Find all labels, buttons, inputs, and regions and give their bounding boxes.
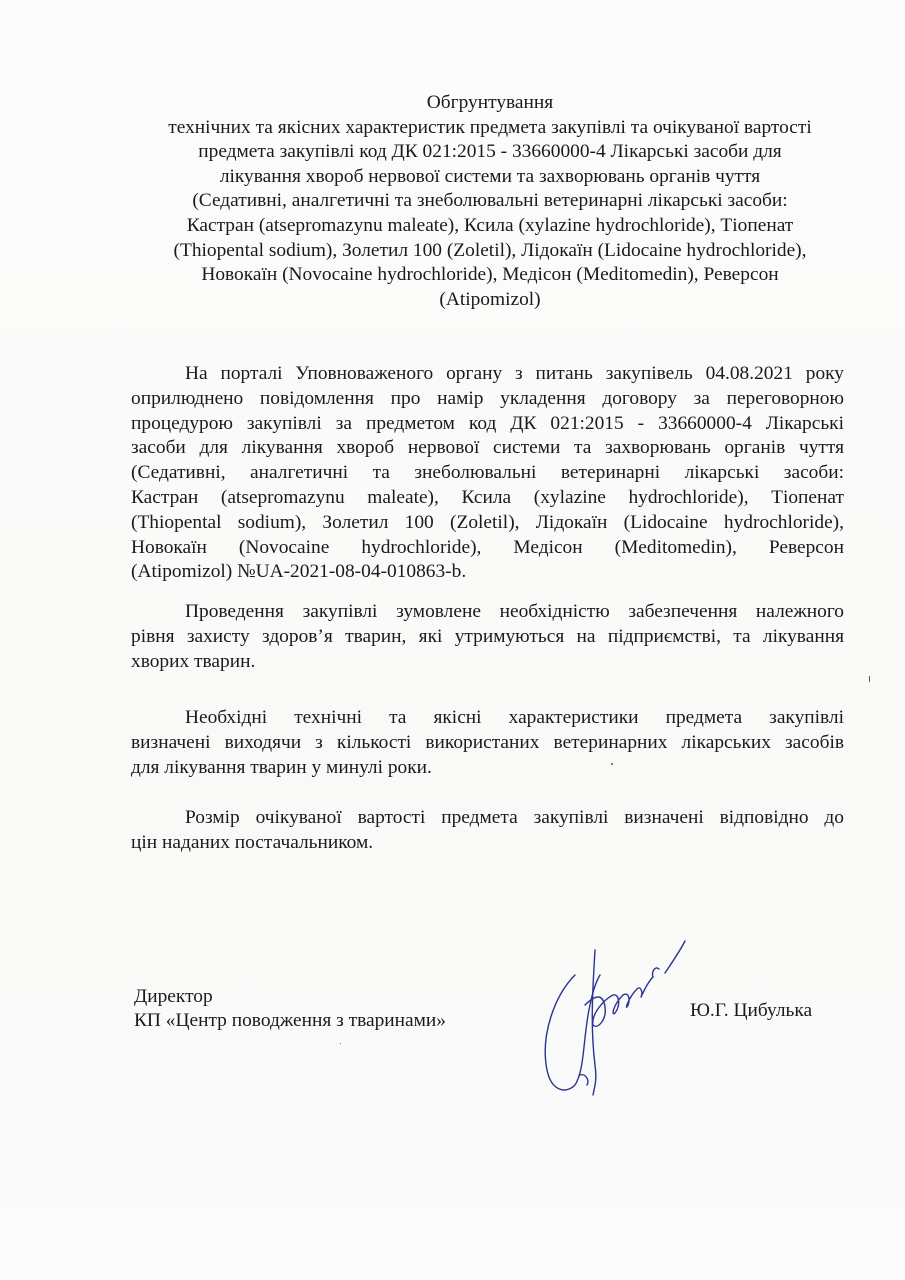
title-line: (Седативні, аналгетичні та знеболювальні… — [110, 189, 870, 214]
title-line: (Atipomizol) — [110, 288, 870, 313]
handwritten-signature — [535, 935, 695, 1100]
document-title: Обгрунтування технічних та якісних харак… — [110, 91, 870, 312]
paragraph-line: Проведення закупівлі зумовлене необхідні… — [131, 600, 844, 625]
title-line: Обгрунтування — [110, 91, 870, 116]
title-line: технічних та якісних характеристик предм… — [110, 116, 870, 141]
paragraph-line: хворих тварин. — [131, 650, 844, 675]
paragraph-line: Необхідні технічні та якісні характерист… — [131, 706, 844, 731]
title-line: Кастран (atsepromazynu maleate), Ксила (… — [110, 214, 870, 239]
scan-speck — [340, 1043, 341, 1044]
paragraph-line: цін наданих постачальником. — [131, 831, 844, 856]
paragraph-line: Новокаїн (Novocaine hydrochloride), Меді… — [131, 536, 844, 561]
paragraph-portal-notice: На порталі Уповноваженого органу з питан… — [131, 362, 844, 585]
signatory-position: Директор — [134, 985, 446, 1009]
paragraph-line: визначені виходячи з кількості використа… — [131, 731, 844, 756]
paragraph-line: Кастран (atsepromazynu maleate), Ксила (… — [131, 486, 844, 511]
paragraph-line: Розмір очікуваної вартості предмета заку… — [131, 806, 844, 831]
scan-speck — [611, 763, 613, 765]
paragraph-line: засоби для лікування хвороб нервової сис… — [131, 436, 844, 461]
signatory-position-block: Директор КП «Центр поводження з тваринам… — [134, 985, 446, 1033]
paragraph-line: рівня захисту здоров’я тварин, які утрим… — [131, 625, 844, 650]
paragraph-line: (Thiopental sodium), Золетил 100 (Zoleti… — [131, 511, 844, 536]
title-line: предмета закупівлі код ДК 021:2015 - 336… — [110, 140, 870, 165]
paragraph-line: (Седативні, аналгетичні та знеболювальні… — [131, 461, 844, 486]
title-line: Новокаїн (Novocaine hydrochloride), Меді… — [110, 263, 870, 288]
paragraph-technical-characteristics: Необхідні технічні та якісні характерист… — [131, 706, 844, 780]
title-line: лікування хвороб нервової системи та зах… — [110, 165, 870, 190]
scan-speck — [869, 676, 870, 682]
paragraph-line: для лікування тварин у минулі роки. — [131, 756, 844, 781]
paragraph-procurement-reason: Проведення закупівлі зумовлене необхідні… — [131, 600, 844, 674]
paragraph-line: (Atipomizol) №UA-2021-08-04-010863-b. — [131, 560, 844, 585]
paragraph-line: На порталі Уповноваженого органу з питан… — [131, 362, 844, 387]
paragraph-line: оприлюднено повідомлення про намір уклад… — [131, 387, 844, 412]
paragraph-expected-cost: Розмір очікуваної вартості предмета заку… — [131, 806, 844, 856]
signatory-organization: КП «Центр поводження з тваринами» — [134, 1009, 446, 1033]
signatory-name: Ю.Г. Цибулька — [690, 1000, 812, 1022]
paragraph-line: процедурою закупівлі за предметом код ДК… — [131, 412, 844, 437]
title-line: (Thiopental sodium), Золетил 100 (Zoleti… — [110, 239, 870, 264]
document-page: Обгрунтування технічних та якісних харак… — [0, 0, 905, 1280]
